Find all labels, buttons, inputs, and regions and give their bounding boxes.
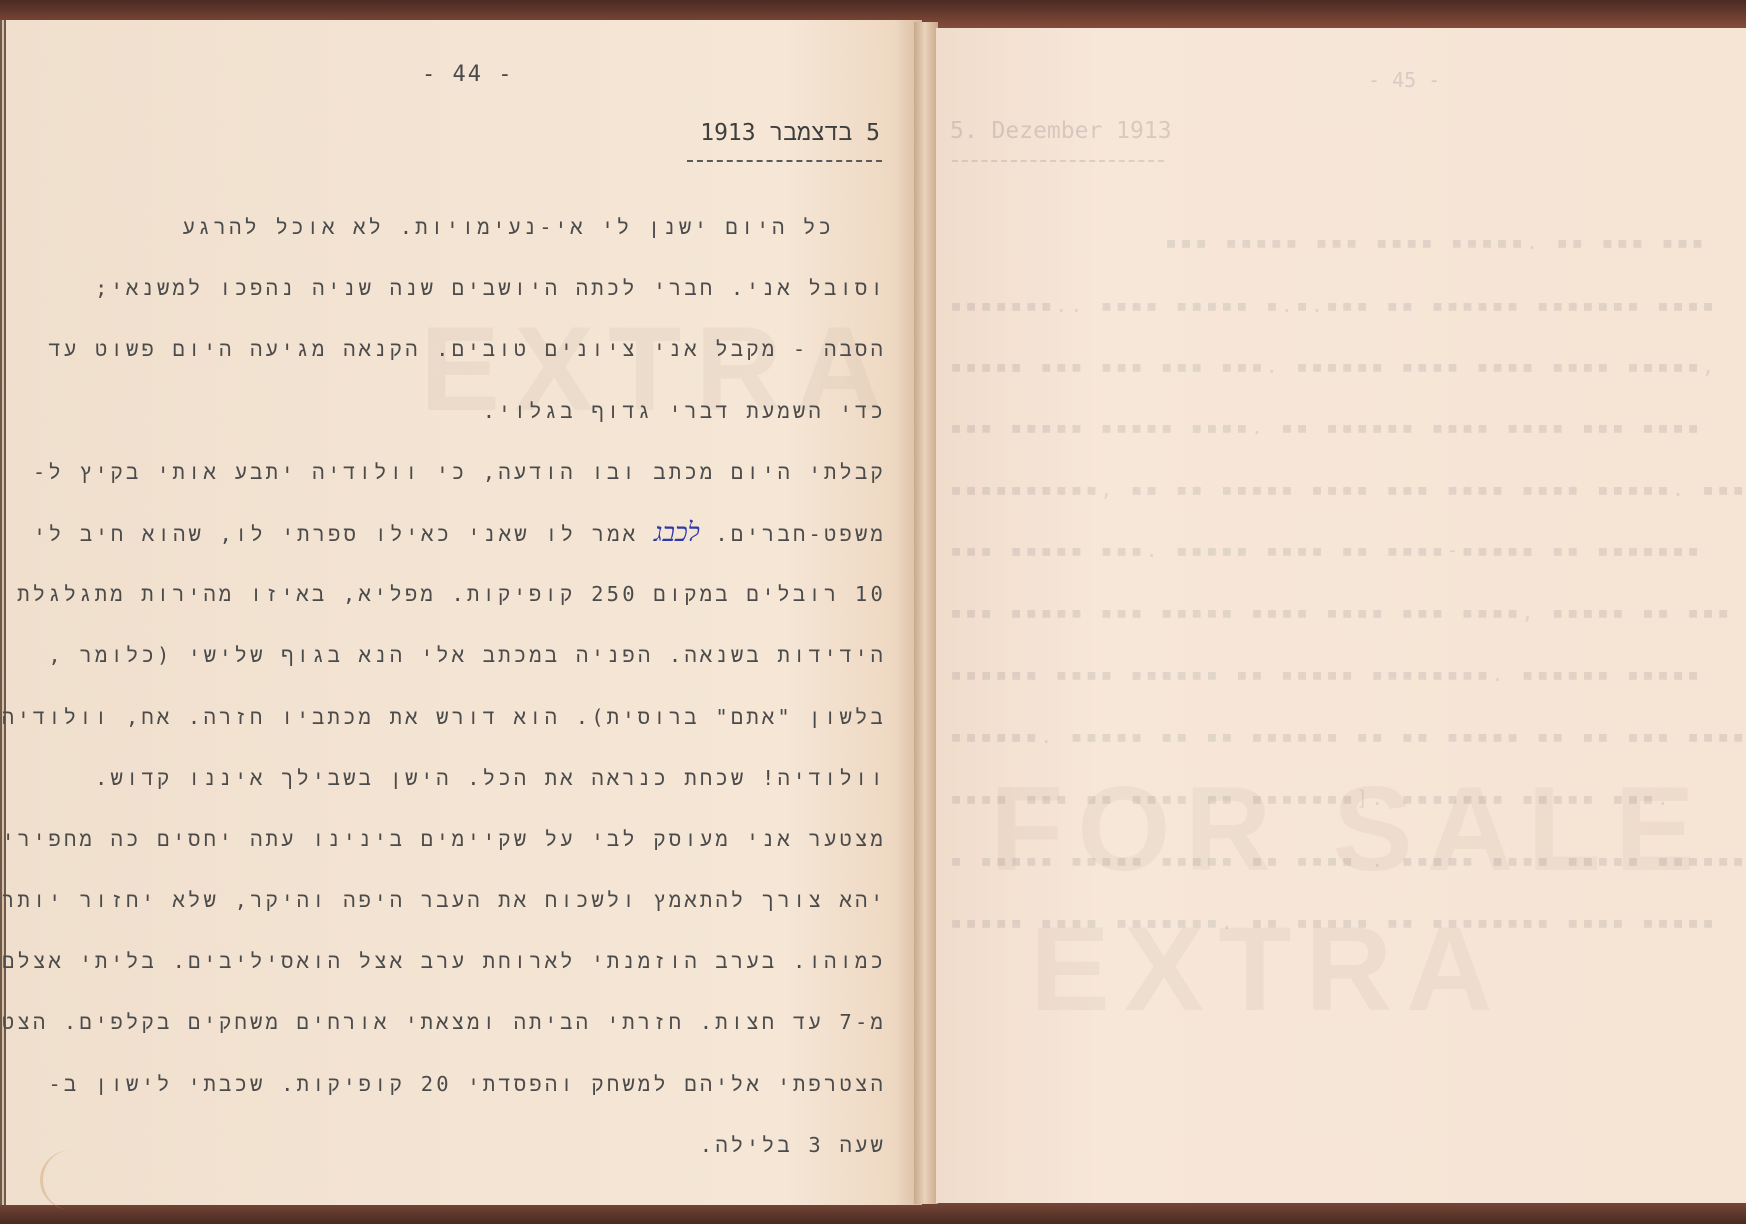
date-heading: 5 בדצמבר 1913 — [680, 120, 880, 147]
text-fragment: אמר לו שאני כאילו ספרתי לו, שהוא חיב לי — [33, 522, 638, 546]
paper-stain — [40, 1150, 103, 1210]
text-line: 10 רובלים במקום 250 קופיקות. מפליא, באיז… — [30, 579, 886, 640]
text-line: מצטער אני מעוסק לבי על שקיימים בינינו עת… — [30, 824, 886, 885]
ghost-page-number: - 45 - — [1368, 68, 1440, 92]
ghost-date-heading: 5. Dezember 1913 — [950, 118, 1172, 144]
handwritten-note: לכבג — [654, 518, 700, 548]
text-line: וולודיה! שכחת כנראה את הכל. הישן בשבילך … — [30, 763, 886, 824]
page-number: - 44 - — [422, 62, 513, 87]
ghost-line: ▪▪▪▪▪▪ ▪▪▪▪ ▪▪▪▪▪▪ ▪▪ ▪▪▪▪▪ ▪▪▪▪▪▪▪▪. ▪▪… — [950, 662, 1702, 686]
ghost-line: ▪▪▪▪▪▪. ▪▪▪▪▪ ▪▪ ▪▪ ▪▪▪▪▪▪ ▪▪ ▪▪ ▪▪▪▪▪ ▪… — [950, 724, 1746, 748]
text-line: מ-7 עד חצות. חזרתי הביתה ומצאתי אורחים מ… — [30, 1007, 886, 1068]
text-line: כמוהו. בערב הוזמנתי לארוחת ערב אצל הואסי… — [30, 946, 886, 1007]
ghost-line: ▪▪▪ ▪▪▪▪▪ ▪▪▪. ▪▪▪▪▪ ▪▪▪▪ ▪▪ ▪▪▪▪-▪▪▪▪▪ … — [950, 538, 1702, 562]
ghost-line: ▪▪▪ ▪▪▪▪▪ ▪▪▪▪▪ ▪▪▪▪. ▪▪ ▪▪▪▪▪▪ ▪▪▪▪ ▪▪▪… — [950, 415, 1702, 439]
ghost-line: ▪▪▪ ▪▪▪▪▪ ▪▪▪ ▪▪▪▪ ▪▪▪▪▪. ▪▪ ▪▪▪ ▪▪▪ — [1165, 230, 1706, 254]
text-line: יהא צורך להתאמץ ולשכוח את העבר היפה והיק… — [30, 885, 886, 946]
ghost-underline — [952, 160, 1164, 162]
text-line: הצטרפתי אליהם למשחק והפסדתי 20 קופיקות. … — [30, 1069, 886, 1130]
text-fragment: משפט-חברים. — [715, 522, 886, 546]
ghost-line: ▪▪▪▪▪ ▪▪▪▪ ▪▪▪▪▪▪▪. ▪▪ ▪▪▪▪▪ ▪▪ ▪▪▪▪▪▪▪▪… — [950, 910, 1717, 934]
book-gutter — [914, 22, 938, 1204]
date-underline — [687, 160, 882, 162]
ghost-line: ▪▪▪ ▪▪▪▪▪ ▪▪▪ ▪▪▪▪▪ ▪▪▪▪ ▪▪▪▪ ▪▪▪ ▪▪▪▪, … — [950, 600, 1732, 624]
text-line-with-note: משפט-חברים. לכבג אמר לו שאני כאילו ספרתי… — [30, 518, 886, 579]
ghost-line: ▪▪▪▪▪ ▪▪▪ ▪▪▪ ▪▪▪ ▪▪▪. ▪▪▪▪▪▪ ▪▪▪▪ ▪▪▪▪ … — [950, 354, 1717, 378]
text-line: וסובל אני. חברי לכתה היושבים שנה שניה נה… — [30, 273, 886, 334]
ghost-line: ▪▪▪▪ ▪▪▪ ▪▪ ▪▪▪▪ ▪▪ ▪▪▪▪▪▪▪]. ▪▪▪▪▪▪▪ ▪▪… — [950, 786, 1672, 810]
watermark: FOR SALE — [990, 760, 1709, 898]
text-line: קבלתי היום מכתב ובו הודעה, כי וולודיה ית… — [30, 457, 886, 518]
text-line: כדי השמעת דברי גדוף בגלוי. — [30, 396, 886, 457]
diary-entry: כל היום ישנן לי אי-נעימויות. לא אוכל להר… — [30, 212, 886, 1191]
ghost-line: ▪▪▪▪▪▪▪▪▪▪, ▪▪ ▪▪ ▪▪▪▪▪ ▪▪▪▪ ▪▪▪ ▪▪▪▪ ▪▪… — [950, 477, 1746, 501]
text-line: הידידות בשנאה. הפניה במכתב אלי הנא בגוף … — [30, 640, 886, 701]
text-line: כל היום ישנן לי אי-נעימויות. לא אוכל להר… — [30, 212, 886, 273]
ghost-line: ▪▪▪▪▪▪▪.. ▪▪▪▪ ▪▪▪▪▪ ▪.▪.▪▪▪ ▪▪ ▪▪▪▪▪▪ ▪… — [950, 293, 1717, 317]
text-line: הסבה - מקבל אני ציונים טובים. הקנאה מגיע… — [30, 334, 886, 395]
ghost-line: ▪ ▪▪▪▪▪ ▪▪▪▪▪ ▪▪▪▪▪ ▪▪ ▪▪▪▪ . ▪▪▪▪▪ ▪▪▪▪… — [950, 848, 1746, 872]
text-line: שעה 3 בלילה. — [30, 1130, 886, 1191]
text-line: בלשון "אתם" ברוסית). הוא דורש את מכתביו … — [30, 702, 886, 763]
